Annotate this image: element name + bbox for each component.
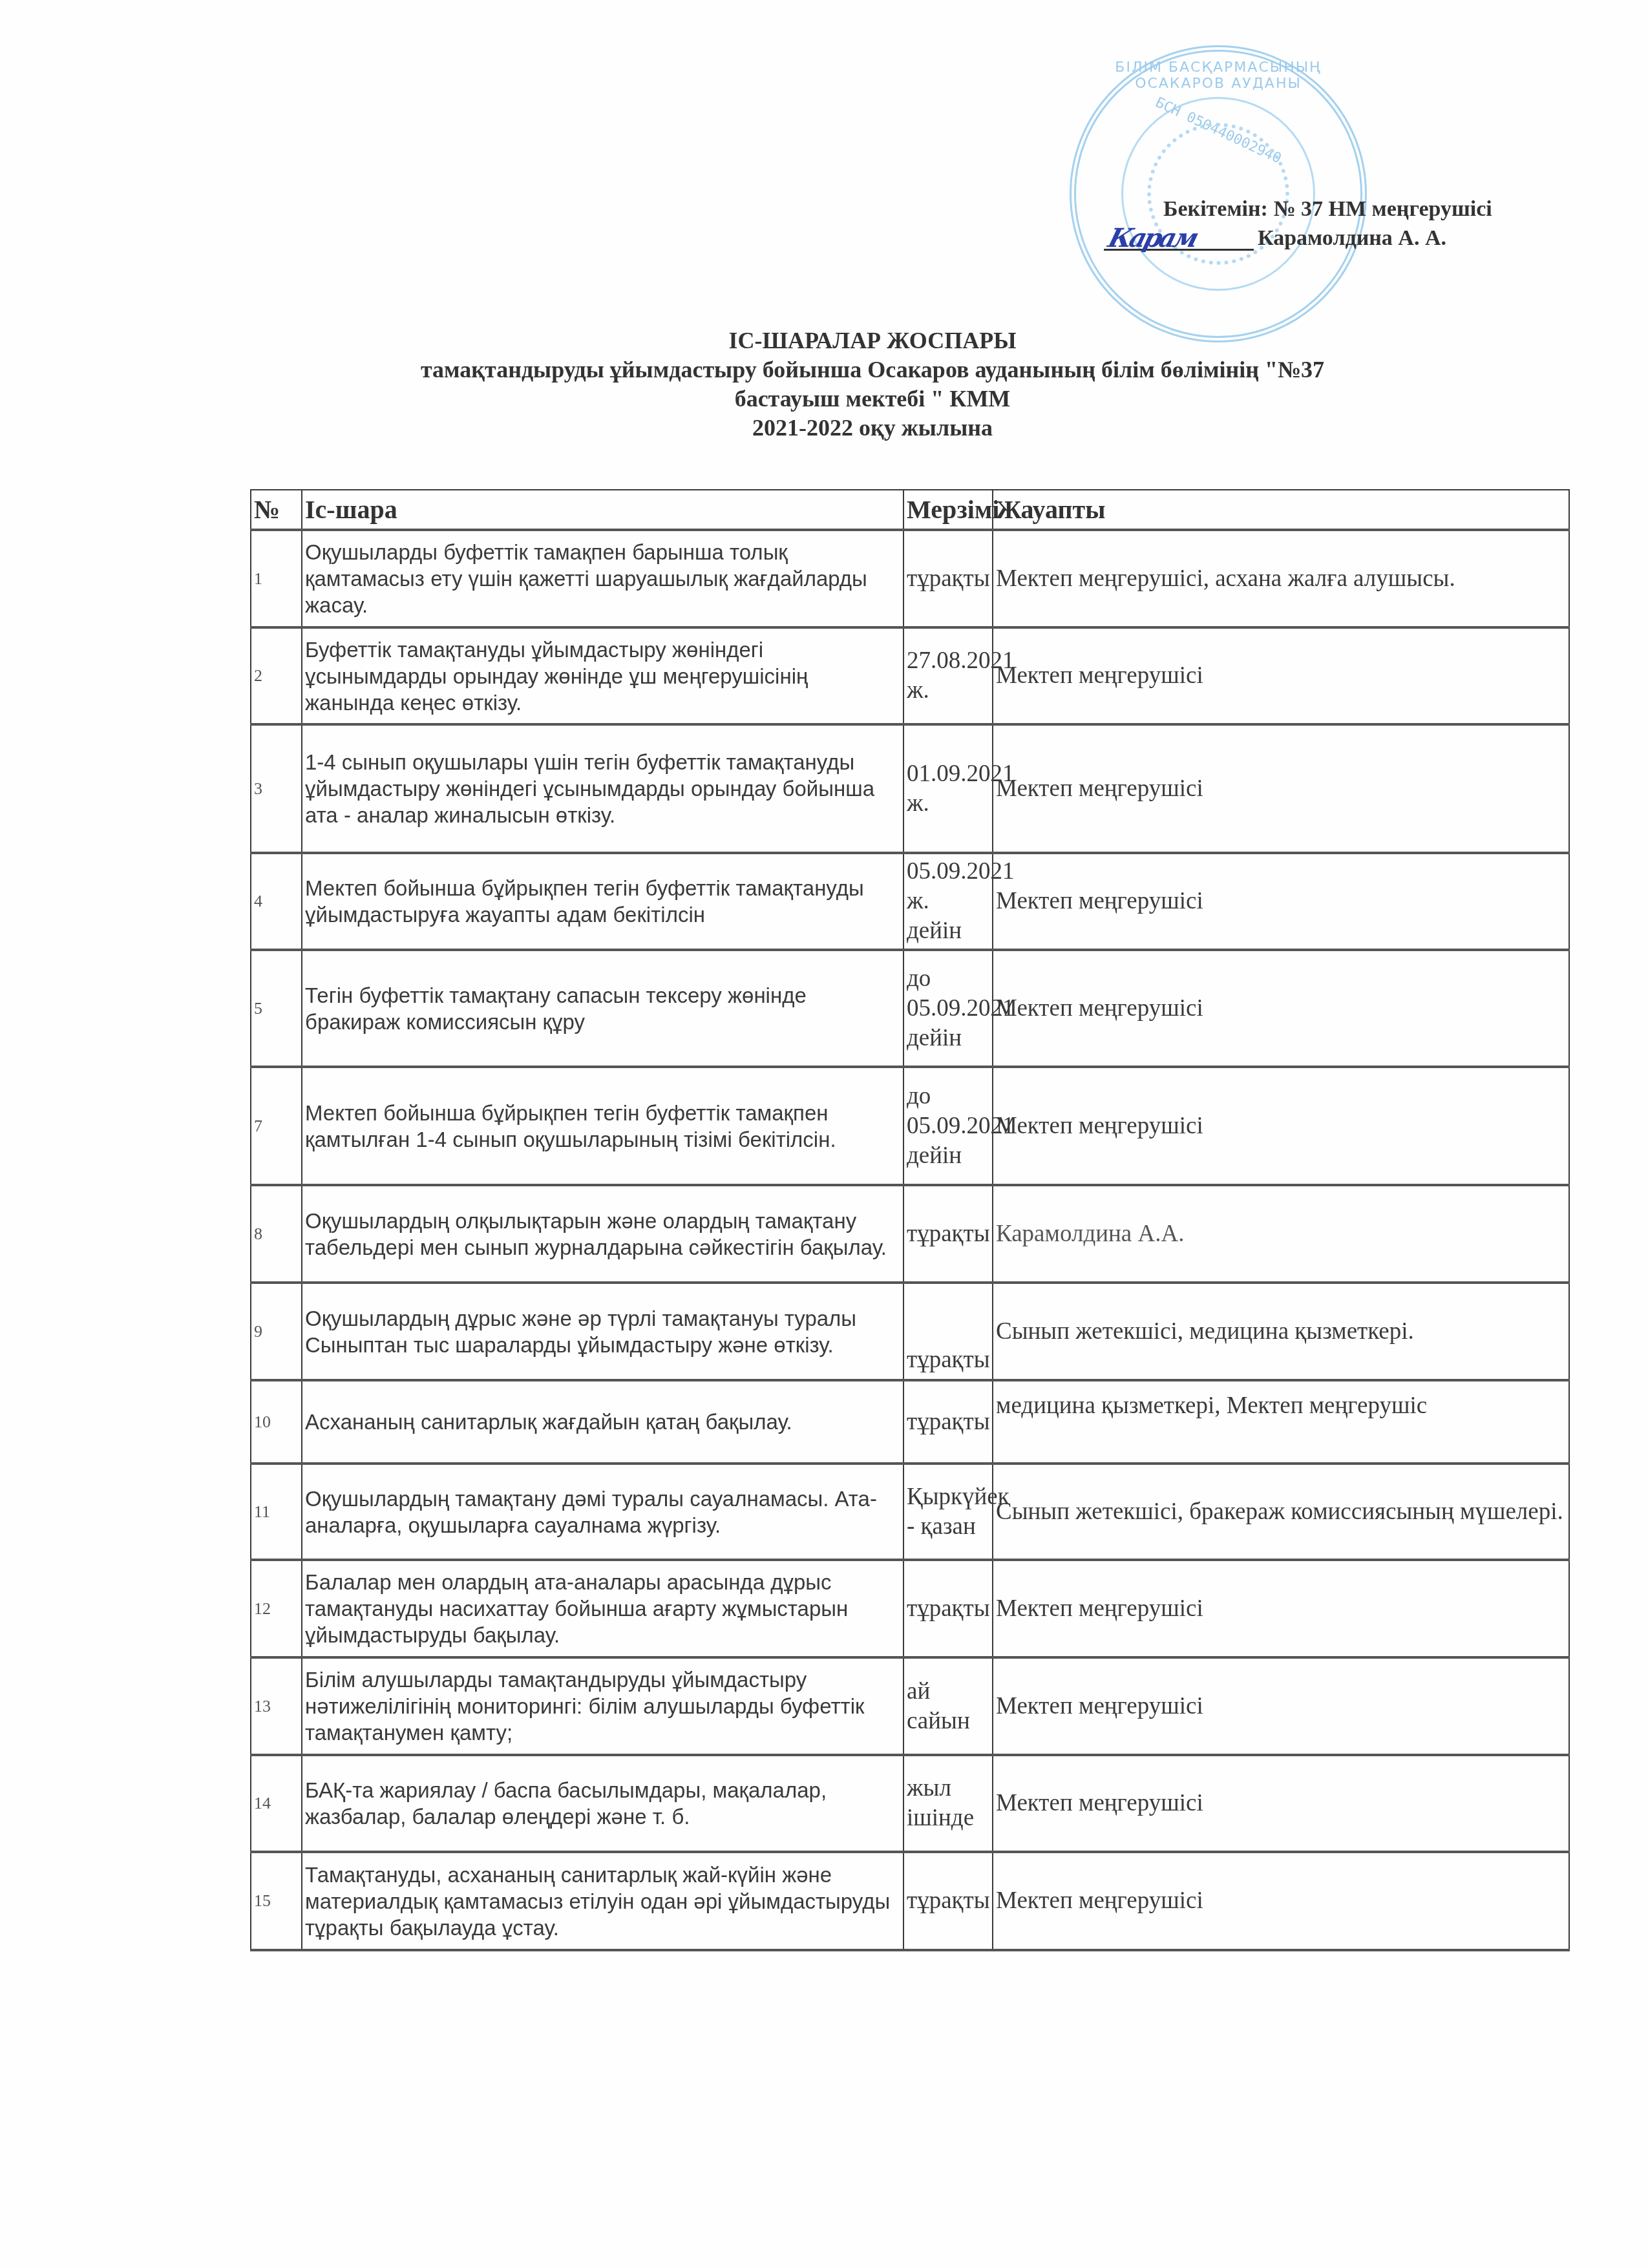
table-header-row: № Іс-шара Мерзімі Жауапты	[251, 490, 1569, 530]
responsible-cell: Мектеп меңгерушісі	[993, 627, 1569, 724]
row-number: 12	[251, 1560, 302, 1657]
document-title-block: ІС-ШАРАЛАР ЖОСПАРЫ тамақтандыруды ұйымда…	[259, 326, 1486, 443]
responsible-cell: медицина қызметкері, Мектеп меңгерушіс	[993, 1380, 1569, 1464]
table-row: 11 Оқушылардың тамақтану дәмі туралы сау…	[251, 1464, 1569, 1560]
deadline-cell: 27.08.2021 ж.	[903, 627, 993, 724]
responsible-cell: Мектеп меңгерушісі	[993, 1067, 1569, 1185]
table-row: 7 Мектеп бойынша бұйрықпен тегін буфетті…	[251, 1067, 1569, 1185]
deadline-cell: тұрақты	[903, 1185, 993, 1283]
document-subtitle-line-2: бастауыш мектебі " КММ	[259, 384, 1486, 414]
deadline-cell: Қыркүйек - қазан	[903, 1464, 993, 1560]
document-page: БІЛІМ БАСҚАРМАСЫНЫҢ ОСАКАРОВ АУДАНЫ БСН …	[0, 0, 1648, 2268]
responsible-cell: Сынып жетекшісі, медицина қызметкері.	[993, 1283, 1569, 1380]
row-number: 2	[251, 627, 302, 724]
table-row: 1 Оқушыларды буфеттік тамақпен барынша т…	[251, 530, 1569, 627]
deadline-cell: 01.09.2021 ж.	[903, 724, 993, 853]
responsible-cell: Сынып жетекшісі, бракераж комиссиясының …	[993, 1464, 1569, 1560]
deadline-cell: тұрақты	[903, 1560, 993, 1657]
approval-signature-line: Карам Карамолдина А. А.	[1104, 226, 1446, 251]
row-number: 15	[251, 1852, 302, 1950]
deadline-cell: 05.09.2021 ж. дейін	[903, 853, 993, 950]
activity-cell: 1-4 сынып оқушылары үшін тегін буфеттік …	[302, 724, 903, 853]
row-number: 11	[251, 1464, 302, 1560]
table-row: 14 БАҚ-та жариялау / баспа басылымдары, …	[251, 1755, 1569, 1852]
activity-cell: Тамақтануды, асхананың санитарлық жай-кү…	[302, 1852, 903, 1950]
column-header-deadline: Мерзімі	[903, 490, 993, 530]
table-row: 2 Буфеттік тамақтануды ұйымдастыру жөнін…	[251, 627, 1569, 724]
table-row: 10 Асхананың санитарлық жағдайын қатаң б…	[251, 1380, 1569, 1464]
document-heading: ІС-ШАРАЛАР ЖОСПАРЫ	[259, 326, 1486, 355]
row-number: 8	[251, 1185, 302, 1283]
deadline-cell: до 05.09.2021 дейін	[903, 950, 993, 1067]
row-number: 9	[251, 1283, 302, 1380]
row-number: 13	[251, 1657, 302, 1755]
signature-underline: Карам	[1104, 228, 1254, 251]
responsible-cell: Мектеп меңгерушісі	[993, 724, 1569, 853]
approval-title: Бекітемін: № 37 НМ меңгерушісі	[1163, 197, 1492, 222]
activity-cell: Тегін буфеттік тамақтану сапасын тексеру…	[302, 950, 903, 1067]
table-row: 12 Балалар мен олардың ата-аналары арасы…	[251, 1560, 1569, 1657]
responsible-cell: Мектеп меңгерушісі, асхана жалға алушысы…	[993, 530, 1569, 627]
row-number: 7	[251, 1067, 302, 1185]
responsible-cell: Мектеп меңгерушісі	[993, 1560, 1569, 1657]
activity-cell: Балалар мен олардың ата-аналары арасында…	[302, 1560, 903, 1657]
table-row: 5 Тегін буфеттік тамақтану сапасын тексе…	[251, 950, 1569, 1067]
row-number: 1	[251, 530, 302, 627]
deadline-cell: ай сайын	[903, 1657, 993, 1755]
responsible-cell: Мектеп меңгерушісі	[993, 950, 1569, 1067]
activity-cell: Мектеп бойынша бұйрықпен тегін буфеттік …	[302, 1067, 903, 1185]
responsible-cell: Мектеп меңгерушісі	[993, 1755, 1569, 1852]
activity-cell: Асхананың санитарлық жағдайын қатаң бақы…	[302, 1380, 903, 1464]
responsible-cell: Мектеп меңгерушісі	[993, 1852, 1569, 1950]
official-stamp: БІЛІМ БАСҚАРМАСЫНЫҢ ОСАКАРОВ АУДАНЫ БСН …	[1070, 45, 1367, 342]
document-subtitle-line-1: тамақтандыруды ұйымдастыру бойынша Осака…	[259, 355, 1486, 384]
deadline-cell: тұрақты	[903, 1380, 993, 1464]
row-number: 4	[251, 853, 302, 950]
deadline-cell: до 05.09.2021 дейін	[903, 1067, 993, 1185]
activity-cell: Оқушылардың дұрыс және әр түрлі тамақтан…	[302, 1283, 903, 1380]
deadline-cell: тұрақты	[903, 530, 993, 627]
row-number: 3	[251, 724, 302, 853]
activity-cell: Оқушылардың тамақтану дәмі туралы сауалн…	[302, 1464, 903, 1560]
responsible-cell: Мектеп меңгерушісі	[993, 1657, 1569, 1755]
column-header-number: №	[251, 490, 302, 530]
deadline-cell: тұрақты	[903, 1852, 993, 1950]
responsible-cell: Мектеп меңгерушісі	[993, 853, 1569, 950]
table-row: 13 Білім алушыларды тамақтандыруды ұйымд…	[251, 1657, 1569, 1755]
row-number: 10	[251, 1380, 302, 1464]
activity-cell: Буфеттік тамақтануды ұйымдастыру жөнінде…	[302, 627, 903, 724]
table-row: 15 Тамақтануды, асхананың санитарлық жай…	[251, 1852, 1569, 1950]
activity-cell: Мектеп бойынша бұйрықпен тегін буфеттік …	[302, 853, 903, 950]
responsible-cell: Карамолдина А.А.	[993, 1185, 1569, 1283]
activity-cell: Оқушылардың олқылықтарын және олардың та…	[302, 1185, 903, 1283]
row-number: 5	[251, 950, 302, 1067]
table-row: 3 1-4 сынып оқушылары үшін тегін буфетті…	[251, 724, 1569, 853]
activity-cell: БАҚ-та жариялау / баспа басылымдары, мақ…	[302, 1755, 903, 1852]
signature-icon: Карам	[1105, 223, 1200, 253]
table-row: 8 Оқушылардың олқылықтарын және олардың …	[251, 1185, 1569, 1283]
activity-cell: Оқушыларды буфеттік тамақпен барынша тол…	[302, 530, 903, 627]
table-row: 9 Оқушылардың дұрыс және әр түрлі тамақт…	[251, 1283, 1569, 1380]
column-header-responsible: Жауапты	[993, 490, 1569, 530]
approver-name: Карамолдина А. А.	[1258, 226, 1446, 250]
deadline-cell: жыл ішінде	[903, 1755, 993, 1852]
column-header-activity: Іс-шара	[302, 490, 903, 530]
activity-plan-table: № Іс-шара Мерзімі Жауапты 1 Оқушыларды б…	[250, 489, 1570, 1951]
row-number: 14	[251, 1755, 302, 1852]
academic-year: 2021-2022 оқу жылына	[259, 414, 1486, 443]
activity-cell: Білім алушыларды тамақтандыруды ұйымдаст…	[302, 1657, 903, 1755]
table-row: 4 Мектеп бойынша бұйрықпен тегін буфетті…	[251, 853, 1569, 950]
deadline-cell: тұрақты	[903, 1283, 993, 1380]
